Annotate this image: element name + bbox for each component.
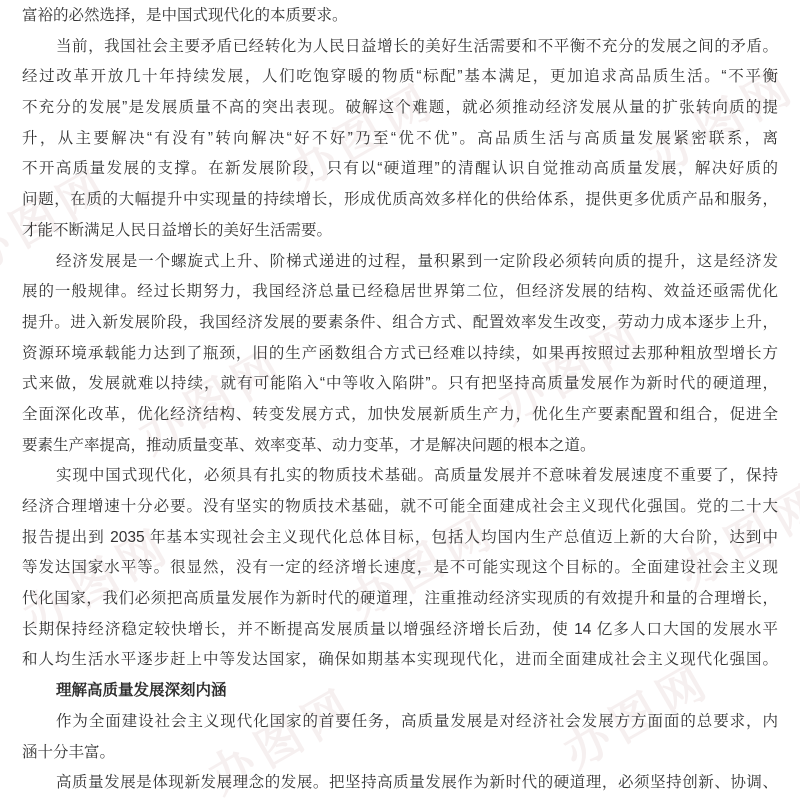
text-line: 等发达国家水平等。很显然，没有一定的经济增长速度，是不可能实现这个目标的。全面建… (22, 553, 778, 584)
section-heading: 理解高质量发展深刻内涵 (22, 676, 778, 707)
text-line: 要素生产率提高，推动质量变革、效率变革、动力变革，才是解决问题的根本之道。 (22, 431, 778, 462)
text-line: 展的一般规律。经过长期努力，我国经济总量已经稳居世界第二位，但经济发展的结构、效… (22, 277, 778, 308)
text-line: 当前，我国社会主要矛盾已经转化为人民日益增长的美好生活需要和不平衡不充分的发展之… (22, 32, 778, 63)
text-line: 长期保持经济稳定较快增长，并不断提高发展质量以增强经济增长后劲，使 14 亿多人… (22, 615, 778, 646)
text-line: 全面深化改革，优化经济结构、转变发展方式，加快发展新质生产力，优化生产要素配置和… (22, 400, 778, 431)
text-line: 涵十分丰富。 (22, 738, 778, 769)
text-line: 不开高质量发展的支撑。在新发展阶段，只有以“硬道理”的清醒认识自觉推动高质量发展… (22, 154, 778, 185)
text-line: 报告提出到 2035 年基本实现社会主义现代化总体目标，包括人均国内生产总值迈上… (22, 523, 778, 554)
text-line: 问题，在质的大幅提升中实现量的持续增长，形成优质高效多样化的供给体系，提供更多优… (22, 185, 778, 216)
text-line: 实现中国式现代化，必须具有扎实的物质技术基础。高质量发展并不意味着发展速度不重要… (22, 461, 778, 492)
text-line: 高质量发展是体现新发展理念的发展。把坚持高质量发展作为新时代的硬道理，必须坚持创… (22, 768, 778, 799)
text-line: 提升。进入新发展阶段，我国经济发展的要素条件、组合方式、配置效率发生改变，劳动力… (22, 308, 778, 339)
text-line: 富裕的必然选择，是中国式现代化的本质要求。 (22, 1, 778, 32)
text-line: 式来做，发展就难以持续，就有可能陷入“中等收入陷阱”。只有把坚持高质量发展作为新… (22, 369, 778, 400)
text-line: 作为全面建设社会主义现代化国家的首要任务，高质量发展是对经济社会发展方方面面的总… (22, 707, 778, 738)
text-line: 资源环境承载能力达到了瓶颈，旧的生产函数组合方式已经难以持续，如果再按照过去那种… (22, 339, 778, 370)
text-line: 代化国家，我们必须把高质量发展作为新时代的硬道理，注重推动经济实现质的有效提升和… (22, 584, 778, 615)
text-line: 才能不断满足人民日益增长的美好生活需要。 (22, 216, 778, 247)
document-page: 办图网办图网办图网办图网办图网办图网办图网办图网办图网办图网 富裕的必然选择，是… (0, 0, 800, 800)
text-line: 经过改革开放几十年持续发展，人们吃饱穿暖的物质“标配”基本满足，更加追求高品质生… (22, 62, 778, 93)
text-line: 经济发展是一个螺旋式上升、阶梯式递进的过程，量积累到一定阶段必须转向质的提升，这… (22, 247, 778, 278)
document-text: 富裕的必然选择，是中国式现代化的本质要求。当前，我国社会主要矛盾已经转化为人民日… (0, 0, 800, 800)
text-line: 和人均生活水平逐步赶上中等发达国家，确保如期基本实现现代化，进而全面建成社会主义… (22, 645, 778, 676)
text-line: 升，从主要解决“有没有”转向解决“好不好”乃至“优不优”。高品质生活与高质量发展… (22, 124, 778, 155)
text-line: 不充分的发展”是发展质量不高的突出表现。破解这个难题，就必须推动经济发展从量的扩… (22, 93, 778, 124)
text-line: 经济合理增速十分必要。没有坚实的物质技术基础，就不可能全面建成社会主义现代化强国… (22, 492, 778, 523)
